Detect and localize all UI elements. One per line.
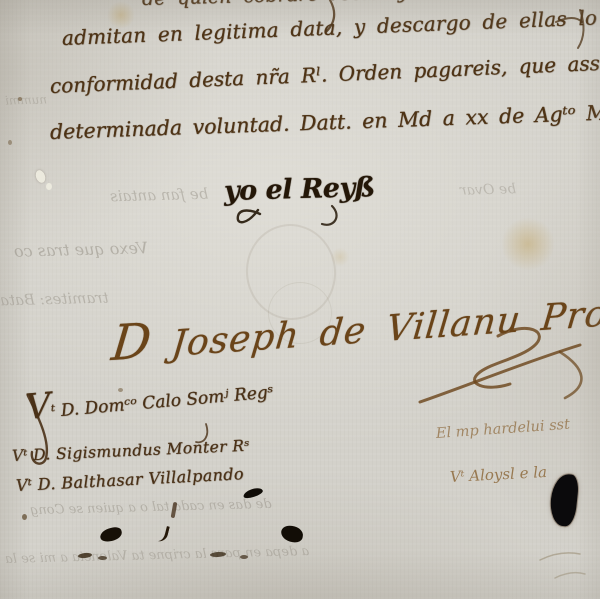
countersignature-right-1: El mp hardelui sst	[435, 417, 570, 442]
ink-comma-stroke	[154, 524, 170, 543]
foxing-spot-3	[8, 140, 12, 145]
bottom-right-faint-stroke-1	[540, 553, 580, 560]
paper-fleck-white-2	[46, 183, 52, 190]
bleedthrough-text-4: be Ovar	[460, 181, 517, 198]
stain-yellow-small	[330, 248, 350, 266]
ink-blot-2	[280, 525, 304, 544]
countersignature-left-2: Vᵗ D. Sigismundus Monter Rˢ	[12, 437, 251, 465]
paper-fleck-white-1	[34, 169, 47, 184]
bleedthrough-text-2: Vexo que tras co	[14, 238, 148, 260]
foxing-spot-1	[22, 514, 27, 520]
foxing-spot-2	[18, 97, 22, 101]
secretary-signature-flourish-tail	[420, 345, 580, 402]
foxing-spot-4	[118, 388, 123, 392]
bleedthrough-text-6: a depa en para la cripne ta Valencia a m…	[5, 544, 309, 567]
ink-blot-1	[99, 526, 123, 543]
stain-yellow-large	[500, 218, 556, 270]
bleedthrough-text-7: nummi	[5, 92, 47, 107]
countersignature-right-2: Vᵗ Aloysl e la	[450, 463, 548, 486]
secretary-signature-flourish-curl	[560, 352, 581, 398]
ink-speck-row-2	[98, 556, 107, 560]
main-text-line-top-fragment: de quien cobrare recibi y	[142, 0, 409, 10]
paper-hole	[548, 473, 579, 527]
countersignature-left-3: Vᵗ D. Balthasar Villalpando	[16, 464, 245, 495]
bleedthrough-text-1: be fan antais	[110, 185, 209, 206]
countersignature-left-1: Vᵗ D. Domᶜᵒ Calo Somʲ Regˢ	[25, 376, 274, 424]
bleedthrough-text-3: tramites: Bata	[0, 289, 109, 310]
manuscript-photo: be fan antais Vexo que tras co tramites:…	[0, 0, 600, 599]
bleedthrough-text-5: de das en cada tal o a quien se Cong	[30, 497, 272, 518]
main-text-line-2: conformidad desta nr̃a Rˡ. Orden pagarei…	[49, 47, 600, 98]
royal-signature-tail	[322, 206, 337, 225]
main-text-line-3: determinada voluntad. Datt. en Md a xx d…	[50, 98, 600, 144]
royal-signature-rubric	[238, 210, 260, 222]
royal-signature: yo el Reyß	[224, 172, 376, 207]
secretary-signature: D Joseph de Villanu Prot	[109, 280, 600, 372]
bottom-right-faint-stroke-2	[555, 573, 585, 578]
ink-speck-row-4	[240, 555, 248, 559]
